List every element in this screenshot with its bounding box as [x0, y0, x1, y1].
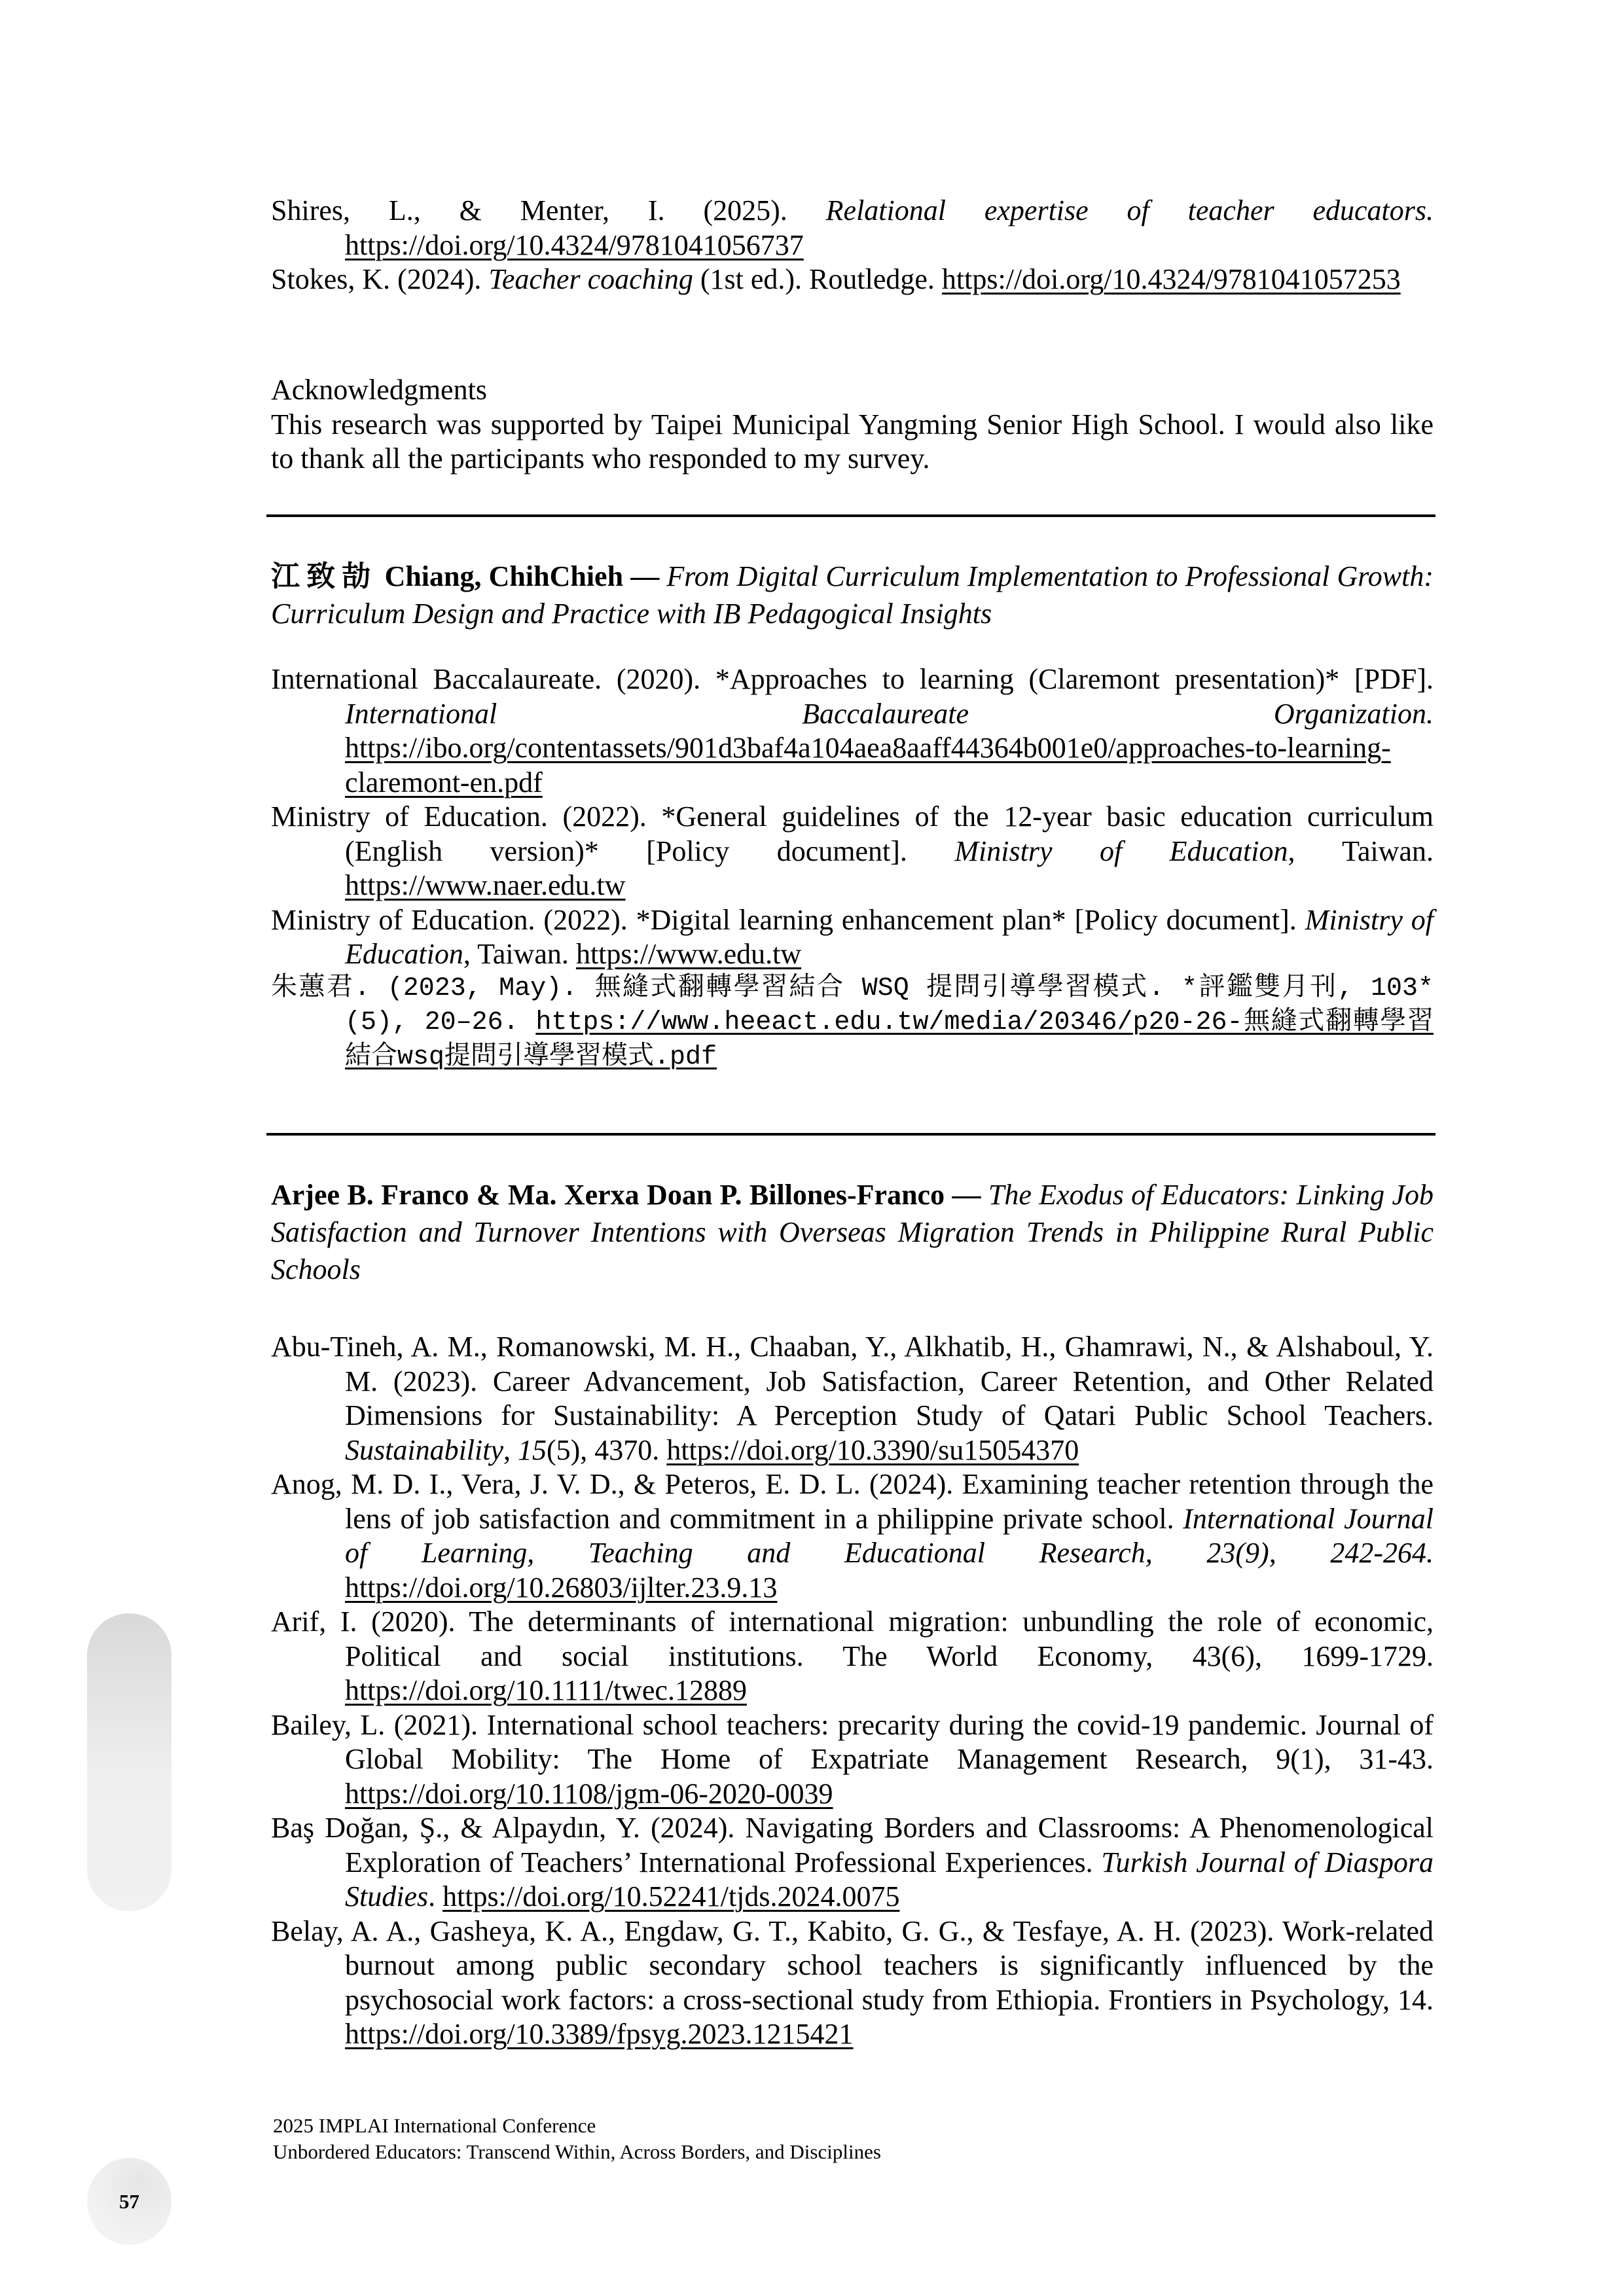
- section-franco: Arjee B. Franco & Ma. Xerxa Doan P. Bill…: [271, 1176, 1434, 2052]
- section-heading: 江致劼 Chiang, ChihChieh — From Digital Cur…: [271, 558, 1434, 632]
- reference-doi-link[interactable]: https://doi.org/10.52241/tjds.2024.0075: [442, 1880, 899, 1912]
- reference-text: Belay, A. A., Gasheya, K. A., Engdaw, G.…: [271, 1915, 1434, 2016]
- reference-source: International Baccalaureate Organization…: [345, 698, 1434, 730]
- reference-entry: Ministry of Education. (2022). *General …: [271, 800, 1434, 903]
- reference-volume: 15: [518, 1434, 547, 1466]
- reference-text: ,: [503, 1434, 518, 1466]
- reference-doi-link[interactable]: https://doi.org/10.3389/fpsyg.2023.12154…: [345, 2018, 854, 2050]
- reference-publisher: (1st ed.). Routledge.: [700, 263, 935, 295]
- reference-text: (5), 4370.: [547, 1434, 659, 1466]
- reference-entry: Anog, M. D. I., Vera, J. V. D., & Petero…: [271, 1467, 1434, 1605]
- reference-entry: Ministry of Education. (2022). *Digital …: [271, 903, 1434, 972]
- acknowledgments-section: Acknowledgments This research was suppor…: [271, 373, 1434, 476]
- document-page: Shires, L., & Menter, I. (2025). Relatio…: [0, 0, 1624, 2296]
- reference-text: Arif, I. (2020). The determinants of int…: [271, 1605, 1434, 1672]
- reference-text: Ministry of Education. (2022). *Digital …: [271, 904, 1297, 936]
- author-name: Arjee B. Franco & Ma. Xerxa Doan P. Bill…: [271, 1179, 981, 1211]
- reference-entry: Bailey, L. (2021). International school …: [271, 1708, 1434, 1812]
- reference-entry: Baş Doğan, Ş., & Alpaydın, Y. (2024). Na…: [271, 1811, 1434, 1914]
- reference-entry: Shires, L., & Menter, I. (2025). Relatio…: [271, 194, 1434, 262]
- acknowledgments-text: This research was supported by Taipei Mu…: [271, 408, 1434, 476]
- reference-authors: Shires, L., & Menter, I. (2025).: [271, 194, 787, 226]
- reference-doi-link[interactable]: https://doi.org/10.4324/9781041057253: [942, 263, 1401, 295]
- reference-authors: Stokes, K. (2024).: [271, 263, 481, 295]
- page-number: 57: [87, 2158, 171, 2245]
- reference-link[interactable]: https://www.naer.edu.tw: [345, 869, 626, 901]
- section-divider: [266, 514, 1435, 517]
- reference-entry: Belay, A. A., Gasheya, K. A., Engdaw, G.…: [271, 1914, 1434, 2052]
- page-footer: 2025 IMPLAI International Conference Unb…: [273, 2113, 881, 2165]
- footer-conference-name: 2025 IMPLAI International Conference: [273, 2113, 881, 2139]
- reference-text: , Taiwan.: [463, 938, 569, 970]
- reference-journal: Sustainability: [345, 1434, 503, 1466]
- acknowledgments-heading: Acknowledgments: [271, 373, 1434, 408]
- reference-link[interactable]: https://ibo.org/contentassets/901d3baf4a…: [345, 732, 1391, 798]
- reference-text: Bailey, L. (2021). International school …: [271, 1709, 1434, 1776]
- reference-doi-link[interactable]: https://doi.org/10.3390/su15054370: [666, 1434, 1079, 1466]
- reference-entry: Abu-Tineh, A. M., Romanowski, M. H., Cha…: [271, 1330, 1434, 1467]
- reference-entry: 朱蕙君. (2023, May). 無縫式翻轉學習結合 WSQ 提問引導學習模式…: [271, 972, 1434, 1075]
- reference-entry: International Baccalaureate. (2020). *Ap…: [271, 662, 1434, 800]
- reference-text: International Baccalaureate. (2020). *Ap…: [271, 663, 1434, 695]
- top-reference-list: Shires, L., & Menter, I. (2025). Relatio…: [271, 194, 1434, 297]
- section-divider: [266, 1133, 1435, 1136]
- footer-conference-theme: Unbordered Educators: Transcend Within, …: [273, 2139, 881, 2165]
- reference-text: , Taiwan.: [1288, 835, 1434, 867]
- reference-text: .: [428, 1880, 435, 1912]
- reference-link[interactable]: https://www.edu.tw: [576, 938, 801, 970]
- reference-text: Abu-Tineh, A. M., Romanowski, M. H., Cha…: [271, 1331, 1434, 1431]
- author-name-chinese: 江致劼: [271, 560, 377, 593]
- reference-entry: Arif, I. (2020). The determinants of int…: [271, 1605, 1434, 1708]
- side-tab-decoration: [87, 1613, 171, 1911]
- reference-source: Ministry of Education: [954, 835, 1288, 867]
- reference-doi-link[interactable]: https://doi.org/10.26803/ijlter.23.9.13: [345, 1571, 777, 1604]
- author-name: Chiang, ChihChieh —: [385, 560, 660, 592]
- reference-doi-link[interactable]: https://doi.org/10.1111/twec.12889: [345, 1674, 747, 1706]
- reference-entry: Stokes, K. (2024). Teacher coaching (1st…: [271, 262, 1434, 297]
- section-chiang: 江致劼 Chiang, ChihChieh — From Digital Cur…: [271, 558, 1434, 1075]
- reference-title: Relational expertise of teacher educator…: [826, 194, 1434, 226]
- reference-doi-link[interactable]: https://doi.org/10.4324/9781041056737: [345, 229, 804, 261]
- reference-title: Teacher coaching: [488, 263, 693, 295]
- section-heading: Arjee B. Franco & Ma. Xerxa Doan P. Bill…: [271, 1176, 1434, 1288]
- reference-doi-link[interactable]: https://doi.org/10.1108/jgm-06-2020-0039: [345, 1778, 833, 1810]
